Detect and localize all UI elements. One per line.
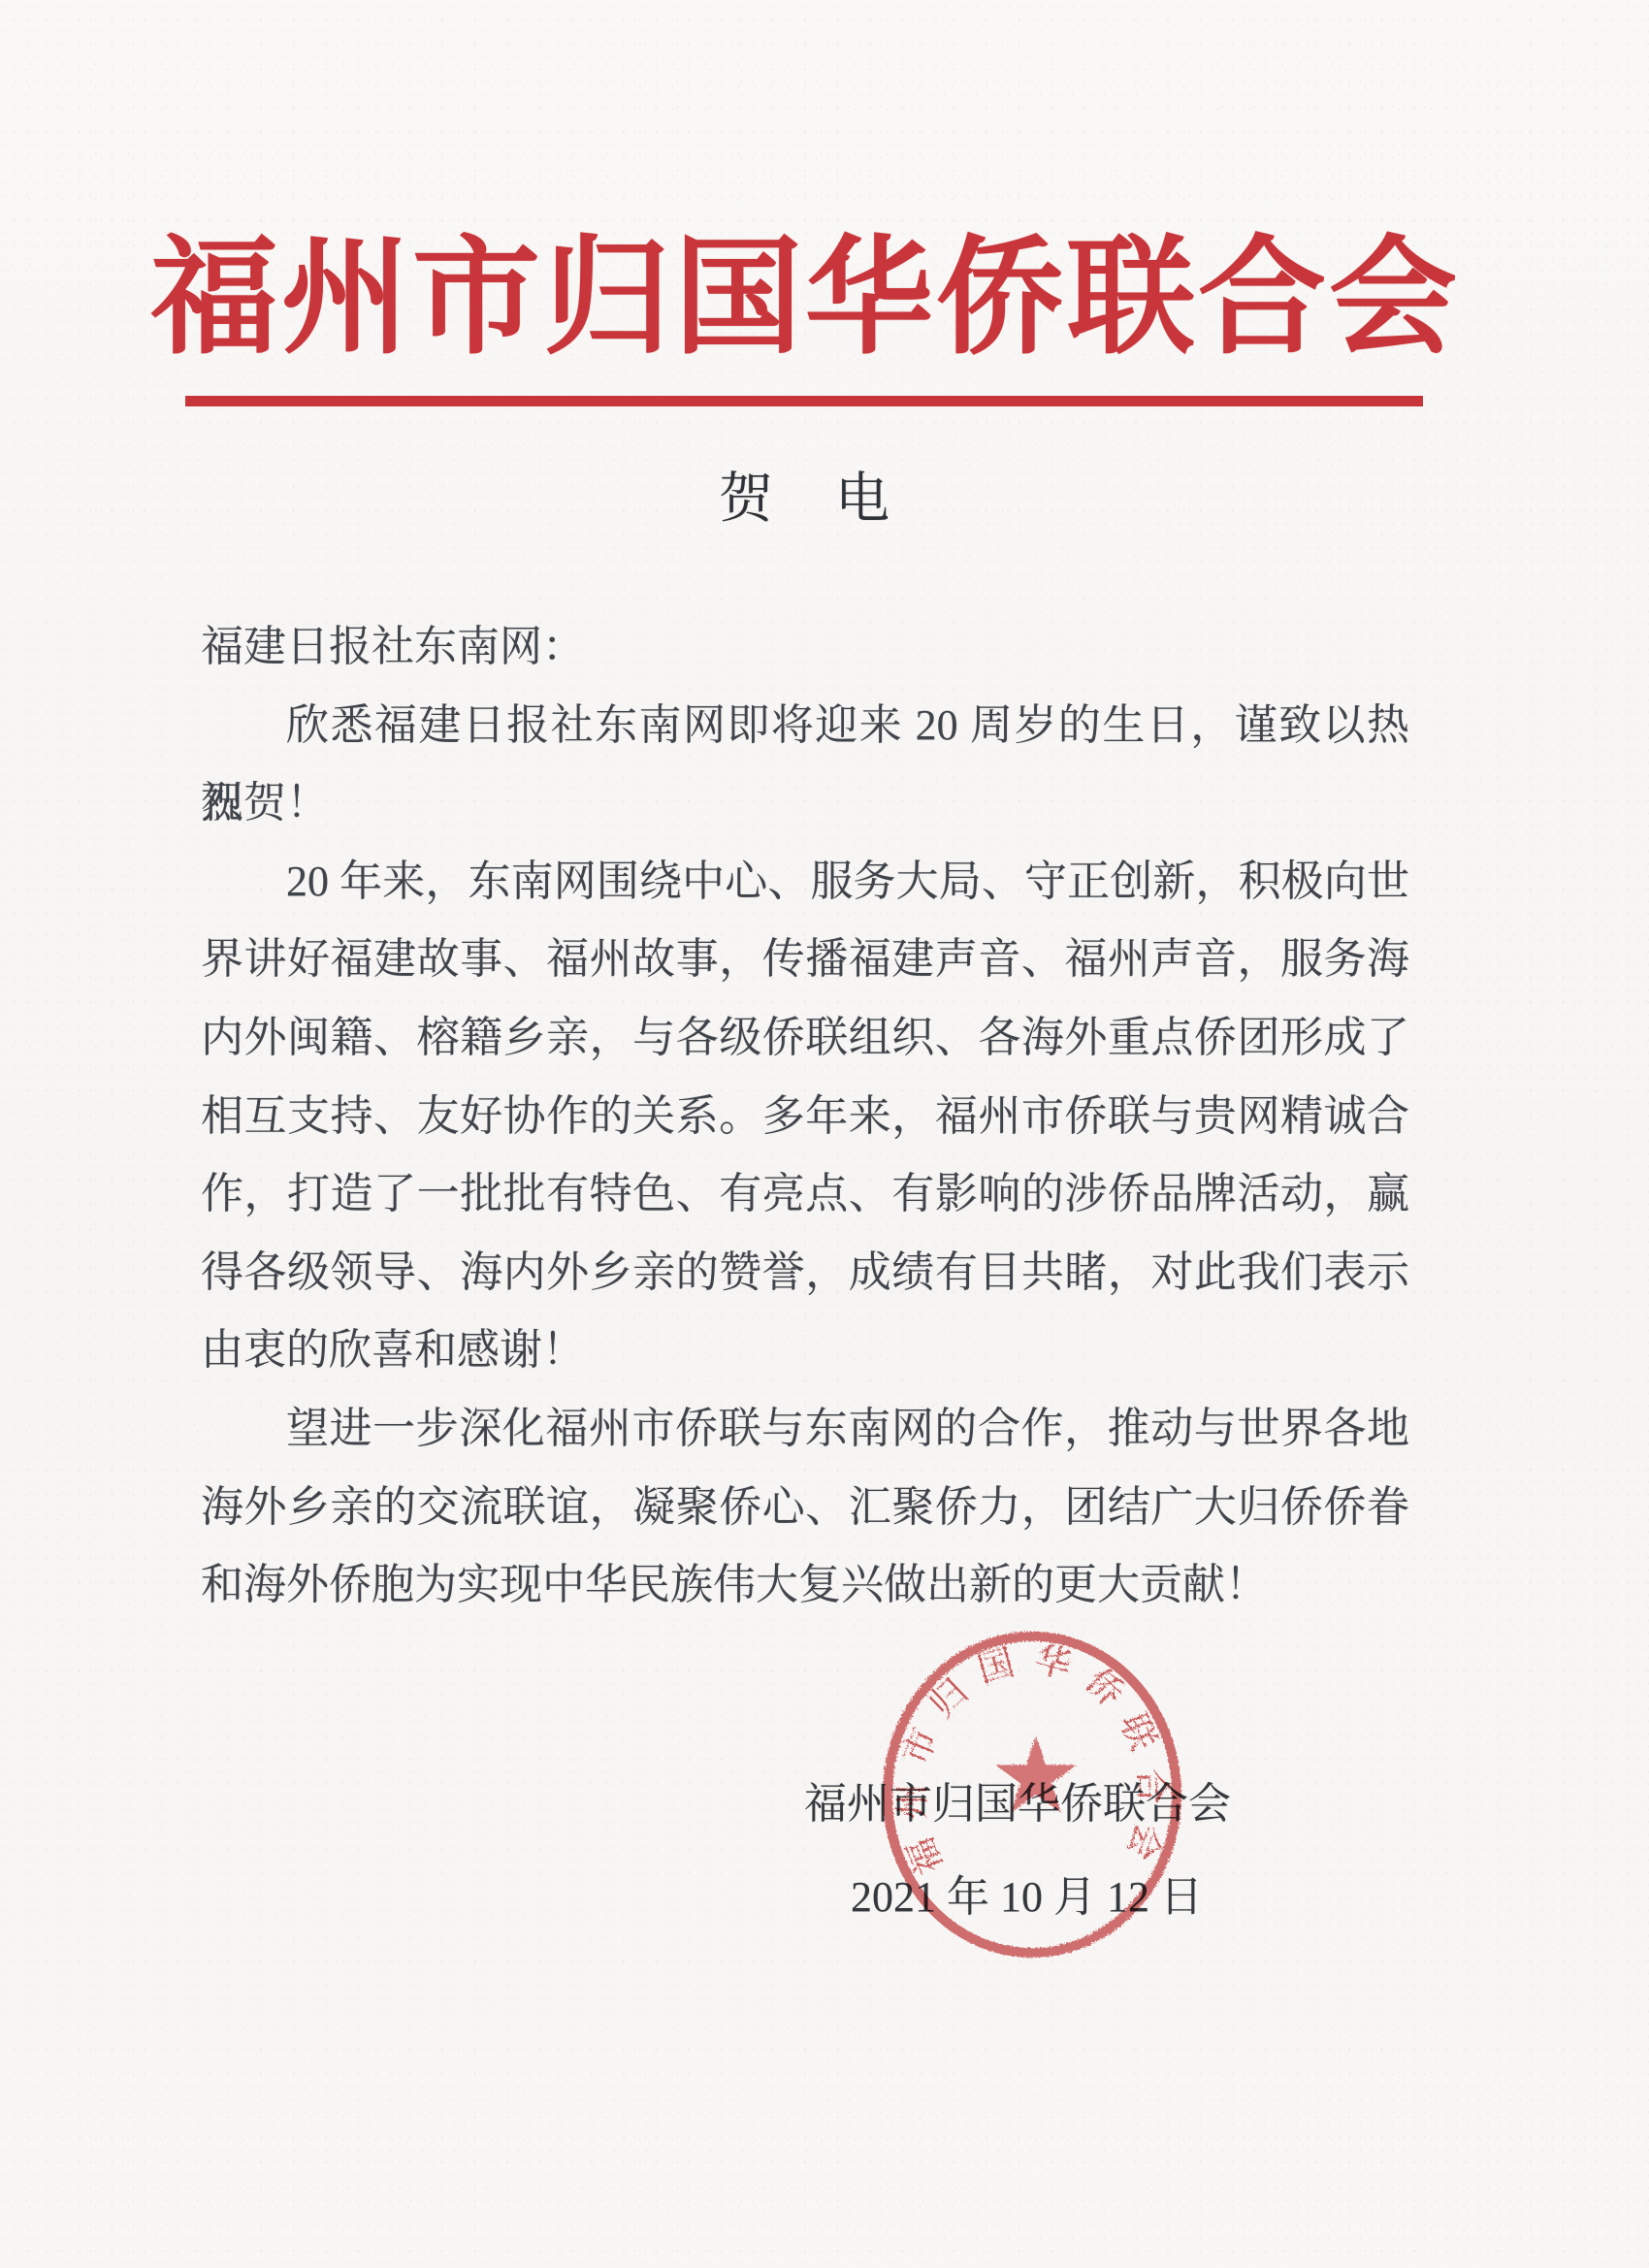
body-line: 相互支持、友好协作的关系。多年来，福州市侨联与贵网精诚合 xyxy=(201,1078,1409,1156)
body-line: 欣悉福建日报社东南网即将迎来 20 周岁的生日，谨致以热烈 xyxy=(201,687,1409,765)
letter-body: 福建日报社东南网： 欣悉福建日报社东南网即将迎来 20 周岁的生日，谨致以热烈 … xyxy=(201,608,1409,1625)
body-line: 和海外侨胞为实现中华民族伟大复兴做出新的更大贡献！ xyxy=(201,1546,1409,1625)
letterhead-org-title: 福州市归国华侨联合会 xyxy=(0,226,1610,372)
body-line: 海外乡亲的交流联谊，凝聚侨心、汇聚侨力，团结广大归侨侨眷 xyxy=(201,1469,1409,1547)
body-line: 界讲好福建故事、福州故事，传播福建声音、福州声音，服务海 xyxy=(201,921,1409,999)
document-title: 贺 电 xyxy=(0,456,1612,543)
salutation-line: 福建日报社东南网： xyxy=(201,608,1409,687)
letterhead-divider-line xyxy=(185,396,1423,406)
body-line: 由衷的欣喜和感谢！ xyxy=(201,1312,1409,1390)
official-seal: 福州市归国华侨联合会 xyxy=(854,1605,1222,1993)
body-line: 望进一步深化福州市侨联与东南网的合作，推动与世界各地 xyxy=(201,1390,1409,1469)
seal-star-icon xyxy=(995,1735,1077,1813)
body-line: 作，打造了一批批有特色、有亮点、有影响的涉侨品牌活动，赢 xyxy=(201,1155,1409,1234)
body-line: 得各级领导、海内外乡亲的赞誉，成绩有目共睹，对此我们表示 xyxy=(201,1234,1409,1312)
scanned-letter-page: 福州市归国华侨联合会 贺 电 福建日报社东南网： 欣悉福建日报社东南网即将迎来 … xyxy=(0,0,1649,2268)
body-line: 20 年来，东南网围绕中心、服务大局、守正创新，积极向世 xyxy=(201,843,1409,922)
body-line: 内外闽籍、榕籍乡亲，与各级侨联组织、各海外重点侨团形成了 xyxy=(201,999,1409,1078)
body-line: 祝贺！ xyxy=(201,764,1409,843)
